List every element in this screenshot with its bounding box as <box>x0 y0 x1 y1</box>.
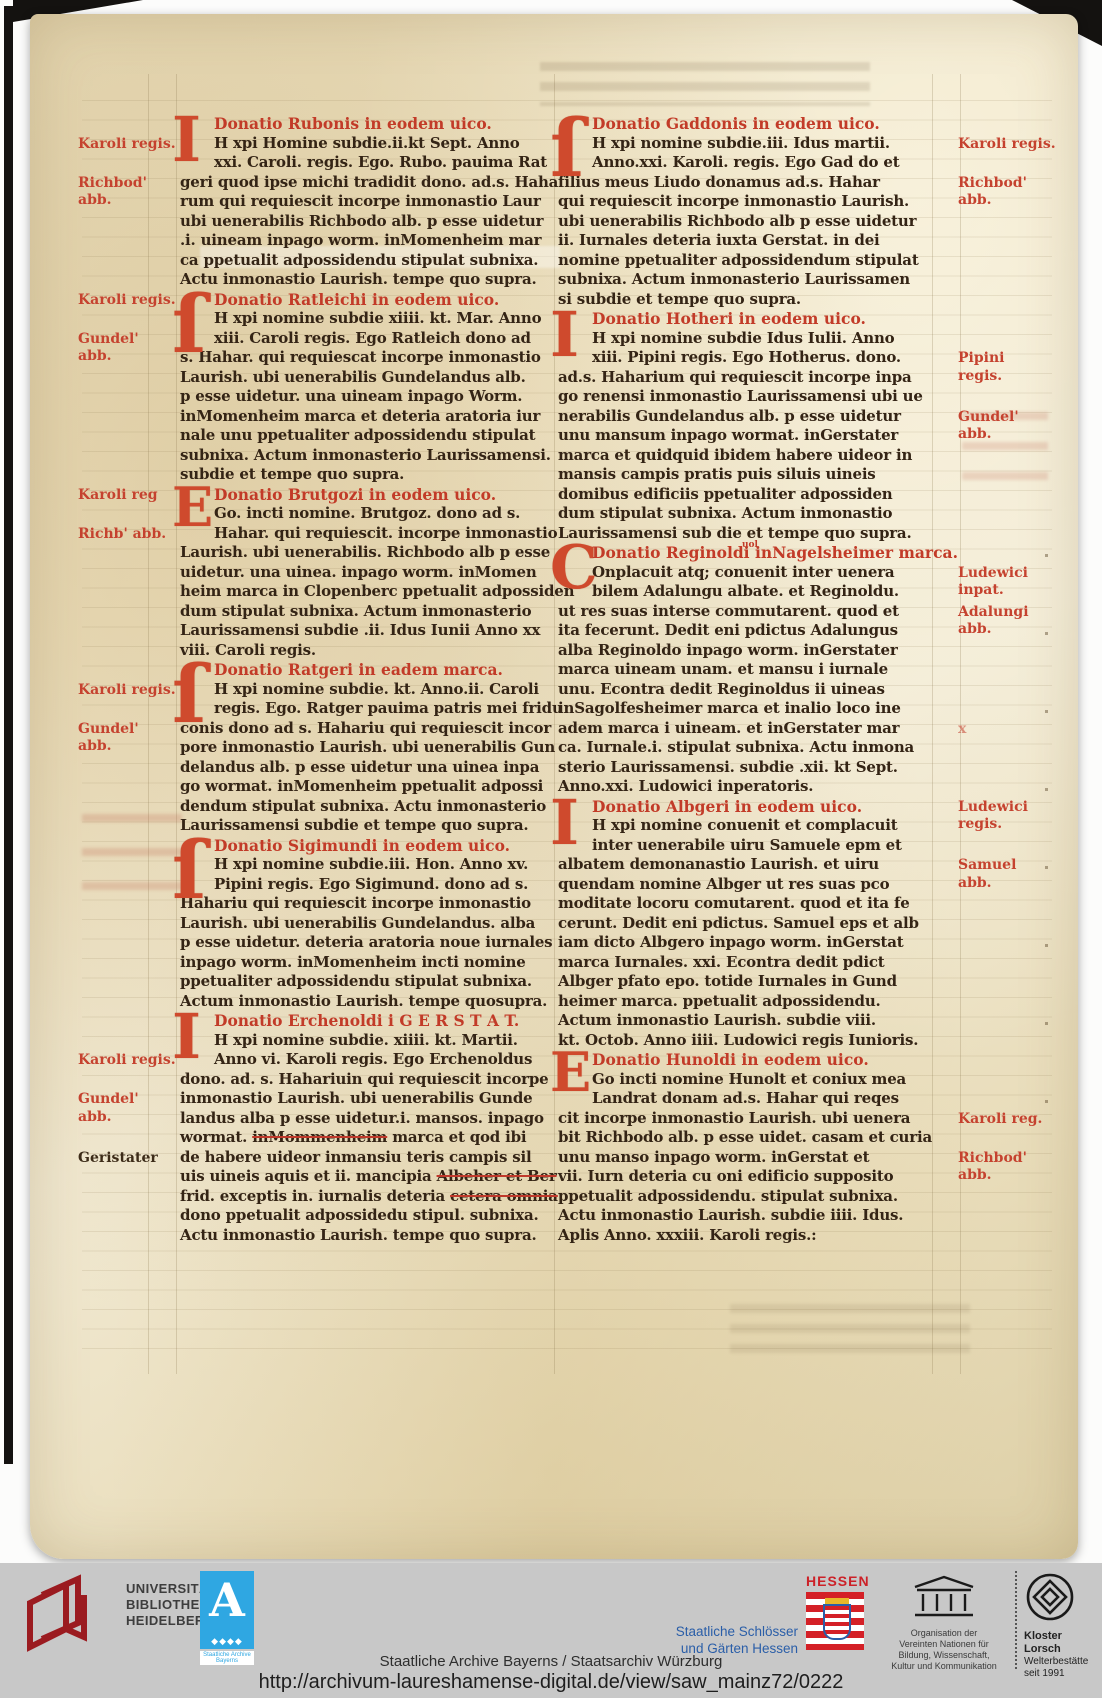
entry-text-line: xiii. Pipini regis. Ego Hotherus. dono. <box>592 348 930 368</box>
bayern-a-icon: A ◆◆◆◆ <box>200 1571 254 1649</box>
entry-text-line: nomine ppetualiter adpossidendum stipula… <box>558 251 930 271</box>
entry-text-line: Anno.xxi. Karoli. regis. Ego Gad do et <box>592 153 930 173</box>
margin-note: Karoli regis. <box>78 682 176 700</box>
entry-text-line: de habere uideor inmansiu teris campis s… <box>180 1148 552 1168</box>
entry-text-line: xxi. Caroli. regis. Ego. Rubo. pauima Ra… <box>214 153 552 173</box>
charter-entry: ſDonatio Ratleichi in eodem uico.H xpi n… <box>180 290 552 485</box>
entry-text-line: kt. Octob. Anno iiii. Ludowici regis Iun… <box>558 1031 930 1051</box>
entry-text-line: Laurissamensi subdie .ii. Idus Iunii Ann… <box>180 621 552 641</box>
entry-text-line: uis uineis aquis et ii. mancipia Albeher… <box>180 1167 552 1187</box>
entry-text-line: delandus alb. p esse uidetur una uinea i… <box>180 758 552 778</box>
entry-heading: Donatio Rubonis in eodem uico. <box>214 114 552 134</box>
unesco-temple-icon <box>911 1575 977 1619</box>
entry-text-line: Actu inmonastio Laurish. tempe quo supra… <box>180 270 552 290</box>
charter-entry: IDonatio Erchenoldi i G E R S T A T.H xp… <box>180 1011 552 1245</box>
margin-note: Richb' abb. <box>78 526 176 544</box>
entry-text-line: inMomenheim marca et deteria aratoria iu… <box>180 407 552 427</box>
margin-note: Richbod' abb. <box>78 175 176 210</box>
margin-note: Ludewici regis. <box>958 799 1070 834</box>
entry-text-line: Anno.xxi. Ludowici inperatoris. <box>558 777 930 797</box>
entry-text-line: inpago worm. inMomenheim incti nomine <box>180 953 552 973</box>
welterbe-emblem-icon <box>1024 1571 1076 1623</box>
margin-note: Richbod' abb. <box>958 175 1070 210</box>
charter-entry: EDonatio Brutgozi in eodem uico.Go. inct… <box>180 485 552 661</box>
entry-text-line: Anno vi. Karoli regis. Ego Erchenoldus <box>214 1050 552 1070</box>
entry-text-line: bit Richbodo alb. p esse uidet. casam et… <box>558 1128 930 1148</box>
entry-text-line: albatem demonanastio Laurish. et uiru <box>558 855 930 875</box>
hessen-caption: Staatliche Schlösser und Gärten Hessen <box>630 1623 798 1657</box>
entry-text-line: .i. uineam inpago worm. inMomenheim mar <box>180 231 552 251</box>
margin-note: Pipini regis. <box>958 350 1070 385</box>
entry-text-line: Laurish. ubi uenerabilis Gundelandus. al… <box>180 914 552 934</box>
charter-entry: CDonatio Reginoldi inNagelsheimer marca.… <box>558 543 930 797</box>
margin-note: Karoli regis. <box>958 136 1070 154</box>
entry-text-line: ita fecerunt. Dedit eni pdictus Adalungu… <box>558 621 930 641</box>
entry-text-line: dono. ad. s. Hahariuin qui requiescit in… <box>180 1070 552 1090</box>
entry-text-line: vii. Iurn deteria cu oni edificio suppos… <box>558 1167 930 1187</box>
charter-entry: ſDonatio Ratgeri in eadem marca.H xpi no… <box>180 660 552 836</box>
entry-text-line: inSagolfesheimer marca et inalio loco in… <box>558 699 930 719</box>
digitized-manuscript-page: IDonatio Rubonis in eodem uico.H xpi Hom… <box>0 0 1102 1698</box>
rubricated-initial: E <box>172 483 213 532</box>
entry-text-line: quendam nomine Albger ut res suas pco <box>558 875 930 895</box>
bayern-lozenges-icon: ◆◆◆◆ <box>200 1636 254 1647</box>
entry-text-line: filius meus Liudo donamus ad.s. Hahar <box>558 173 930 193</box>
entry-text-line: Actu inmonastio Laurish. tempe quo supra… <box>180 1226 552 1246</box>
entry-text-line: marca Iurnales. xxi. Econtra dedit pdict <box>558 953 930 973</box>
rubricated-initial: ſ <box>172 288 206 360</box>
staatliche-archive-bayerns-logo: A ◆◆◆◆ Staatliche Archive Bayerns <box>200 1571 254 1665</box>
archive-credit-line: Staatliche Archive Bayerns / Staatsarchi… <box>0 1653 1102 1670</box>
hessen-flag-icon <box>806 1592 864 1650</box>
entry-text-line: dendum stipulat subnixa. Actu inmonaster… <box>180 797 552 817</box>
entry-text-line: unu. Econtra dedit Reginoldus ii uineas <box>558 680 930 700</box>
entry-text-line: subnixa. Actum inmonasterio Laurissamens… <box>180 446 552 466</box>
margin-note: Karoli reg <box>78 487 176 505</box>
entry-text-line: geri quod ipse michi tradidit dono. ad.s… <box>180 173 552 193</box>
entry-text-line: unu mansum inpago wormat. inGerstater <box>558 426 930 446</box>
entry-text-line: rum qui requiescit incorpe inmonastio La… <box>180 192 552 212</box>
charter-entry: IDonatio Albgeri in eodem uico.H xpi nom… <box>558 797 930 1051</box>
entry-text-line: inmonastio Laurish. ubi uenerabilis Gund… <box>180 1089 552 1109</box>
entry-text-line: sterio Laurissamensi. subdie .xii. kt Se… <box>558 758 930 778</box>
entry-heading: Donatio Brutgozi in eodem uico. <box>214 485 552 505</box>
entry-text-line: Actum inmonastio Laurish. tempe quosupra… <box>180 992 552 1012</box>
rubricated-initial: I <box>550 307 579 363</box>
entry-text-line: unu manso inpago worm. inGerstat et <box>558 1148 930 1168</box>
entry-text-line: cit incorpe inmonastio Laurish. ubi uene… <box>558 1109 930 1129</box>
entry-text-line: dono ppetualit adpossidedu stipul. subni… <box>180 1206 552 1226</box>
rubricated-initial: I <box>172 112 201 168</box>
entry-text-line: ppetualiter adpossidendu stipulat subnix… <box>180 972 552 992</box>
entry-text-line: Go. incti nomine. Brutgoz. dono ad s. <box>214 504 552 524</box>
entry-text-line: wormat. inMommenheim marca et qod ibi <box>180 1128 552 1148</box>
entry-text-line: iam dicto Albgero inpago worm. inGerstat <box>558 933 930 953</box>
entry-heading: Donatio Hotheri in eodem uico. <box>592 309 930 329</box>
entry-text-line: marca uineam unam. et mansu i iurnale <box>558 660 930 680</box>
entry-heading: Donatio Ratleichi in eodem uico. <box>214 290 552 310</box>
entry-text-line: ii. Iurnales deteria iuxta Gerstat. in d… <box>558 231 930 251</box>
entry-text-line: H xpi nomine subdie. xiiii. kt. Martii. <box>214 1031 552 1051</box>
entry-heading: Donatio Sigimundi in eodem uico. <box>214 836 552 856</box>
interlinear-correction: uol <box>742 536 758 556</box>
margin-note: Richbod' abb. <box>958 1150 1070 1185</box>
entry-heading: Donatio Albgeri in eodem uico. <box>592 797 930 817</box>
entry-heading: Donatio Gaddonis in eodem uico. <box>592 114 930 134</box>
entry-text-line: qui requiescit incorpe inmonastio Lauris… <box>558 192 930 212</box>
charter-entry: IDonatio Rubonis in eodem uico.H xpi Hom… <box>180 114 552 290</box>
entry-heading: Donatio Ratgeri in eadem marca. <box>214 660 552 680</box>
rubricated-initial: ſ <box>172 834 206 906</box>
entry-text-line: H xpi nomine subdie Idus Iulii. Anno <box>592 329 930 349</box>
source-url: http://archivum-laureshamense-digital.de… <box>0 1671 1102 1694</box>
entry-text-line: heimer marca. ppetualit adpossidendu. <box>558 992 930 1012</box>
entry-text-line: Hahar. qui requiescit. incorpe inmonasti… <box>214 524 552 544</box>
hessen-title: HESSEN <box>806 1573 864 1589</box>
margin-note: Karoli reg. <box>958 1111 1070 1129</box>
entry-text-line: xiii. Caroli regis. Ego Ratleich dono ad <box>214 329 552 349</box>
entry-text-line: viii. Caroli regis. <box>180 641 552 661</box>
entry-text-line: landus alba p esse uidetur.i. mansos. in… <box>180 1109 552 1129</box>
rubricated-initial: C <box>550 541 598 595</box>
entry-text-line: bilem Adalungu albate. et Reginoldu. <box>592 582 930 602</box>
entry-text-line: ubi uenerabilis Richbodo alb p esse uide… <box>558 212 930 232</box>
charter-entry: ſDonatio Sigimundi in eodem uico.H xpi n… <box>180 836 552 1012</box>
margin-note: Gundel' abb. <box>78 721 176 756</box>
margin-note: Karoli regis. <box>78 1052 176 1070</box>
entry-text-line: frid. exceptis in. iurnalis deteria cete… <box>180 1187 552 1207</box>
entry-text-line: alba Reginoldo inpago worm. inGerstater <box>558 641 930 661</box>
entry-text-line: subdie et tempe quo supra. <box>180 465 552 485</box>
parchment-page: IDonatio Rubonis in eodem uico.H xpi Hom… <box>30 14 1078 1559</box>
rubricated-initial: I <box>172 1009 201 1065</box>
photo-edge-left <box>4 6 13 1464</box>
entry-text-line: s. Hahar. qui requiescat incorpe inmonas… <box>180 348 552 368</box>
charter-entry: IDonatio Hotheri in eodem uico.H xpi nom… <box>558 309 930 543</box>
margin-note: Gundel' abb. <box>78 331 176 366</box>
entry-text-line: Actum inmonastio Laurish. subdie viii. <box>558 1011 930 1031</box>
entry-text-line: Laurissamensi subdie et tempe quo supra. <box>180 816 552 836</box>
entry-text-line: moditate locoru comutarent. quod et ita … <box>558 894 930 914</box>
margin-note: Ludewici inpat. <box>958 565 1070 600</box>
entry-text-line: mansis campis pratis puis siluis uineis <box>558 465 930 485</box>
entry-text-line: ca ppetualit adpossidendu stipulat subni… <box>180 251 552 271</box>
entry-text-line: Laurish. ubi uenerabilis. Richbodo alb p… <box>180 543 552 563</box>
entry-text-line: ad.s. Haharium qui requiescit incorpe in… <box>558 368 930 388</box>
entry-text-line: ppetualit adpossidendu. stipulat subnixa… <box>558 1187 930 1207</box>
entry-text-line: ubi uenerabilis Richbodo alb. p esse uid… <box>180 212 552 232</box>
right-text-column: ſDonatio Gaddonis in eodem uico.H xpi no… <box>558 114 930 1245</box>
rubricated-initial: I <box>550 795 579 851</box>
entry-text-line: Actu inmonastio Laurish. subdie iiii. Id… <box>558 1206 930 1226</box>
entry-text-line: dum stipulat subnixa. Actum inmonastio <box>558 504 930 524</box>
rubricated-initial: ſ <box>172 658 206 730</box>
entry-text-line: Landrat donam ad.s. Hahar qui reqes <box>592 1089 930 1109</box>
entry-text-line: subnixa. Actum inmonasterio Laurissamen <box>558 270 930 290</box>
entry-text-line: Onplacuit atq; conuenit inter uenera <box>592 563 930 583</box>
entry-text-line: H xpi Homine subdie.ii.kt Sept. Anno <box>214 134 552 154</box>
unesco-caption-line: Organisation der <box>878 1628 1010 1639</box>
entry-text-line: marca et quidquid ibidem habere uideor i… <box>558 446 930 466</box>
entry-text-line: Pipini regis. Ego Sigimund. dono ad s. <box>214 875 552 895</box>
entry-text-line: domibus edificiis ppetualiter adpossiden <box>558 485 930 505</box>
ub-heidelberg-logo-icon <box>22 1573 114 1659</box>
entry-text-line: go wormat. inMomenheim ppetualit adpossi <box>180 777 552 797</box>
entry-text-line: H xpi nomine subdie.iii. Hon. Anno xv. <box>214 855 552 875</box>
entry-text-line: Aplis Anno. xxxiii. Karoli regis.: <box>558 1226 930 1246</box>
entry-text-line: Laurish. ubi uenerabilis Gundelandus alb… <box>180 368 552 388</box>
entry-text-line: H xpi nomine subdie.iii. Idus martii. <box>592 134 930 154</box>
margin-note: Samuel abb. <box>958 857 1070 892</box>
entry-text-line: heim marca in Clopenberc ppetualit adpos… <box>180 582 552 602</box>
entry-text-line: si subdie et tempe quo supra. <box>558 290 930 310</box>
charter-entry: EDonatio Hunoldi in eodem uico.Go incti … <box>558 1050 930 1245</box>
entry-text-line: H xpi nomine conuenit et complacuit <box>592 816 930 836</box>
entry-text-line: uidetur. una uinea. inpago worm. inMomen <box>180 563 552 583</box>
entry-heading: Donatio Hunoldi in eodem uico. <box>592 1050 930 1070</box>
entry-text-line: dum stipulat subnixa. Actum inmonasterio <box>180 602 552 622</box>
rubricated-initial: ſ <box>550 112 584 184</box>
hessen-caption-line: Staatliche Schlösser <box>630 1623 798 1640</box>
entry-text-line: Albger pfato epo. totide Iurnales in Gun… <box>558 972 930 992</box>
charter-entry: ſDonatio Gaddonis in eodem uico.H xpi no… <box>558 114 930 309</box>
margin-note: Gundel' abb. <box>78 1091 176 1126</box>
entry-text-line: inter uenerabile uiru Samuele epm et <box>592 836 930 856</box>
margin-note: Karoli regis. <box>78 136 176 154</box>
entry-text-line: Go incti nomine Hunolt et coniux mea <box>592 1070 930 1090</box>
entry-text-line: nerabilis Gundelandus alb. p esse uidetu… <box>558 407 930 427</box>
margin-note: x <box>958 721 1070 739</box>
margin-note: Gundel' abb. <box>958 409 1070 444</box>
entry-text-line: conis dono ad s. Hahariu qui requiescit … <box>180 719 552 739</box>
entry-text-line: H xpi nomine subdie xiiii. kt. Mar. Anno <box>214 309 552 329</box>
entry-heading: Donatio Erchenoldi i G E R S T A T. <box>214 1011 552 1031</box>
rubricated-initial: E <box>550 1048 591 1097</box>
entry-text-line: ut res suas interse commutarent. quod et <box>558 602 930 622</box>
unesco-caption-line: Vereinten Nationen für <box>878 1639 1010 1650</box>
entry-text-line: regis. Ego. Ratger pauima patris mei fri… <box>214 699 552 719</box>
entry-text-line: cerunt. Dedit eni pdictus. Samuel eps et… <box>558 914 930 934</box>
entry-text-line: pore inmonastio Laurish. ubi uenerabilis… <box>180 738 552 758</box>
margin-note: Karoli regis. <box>78 292 176 310</box>
hessen-shield-icon <box>823 1604 851 1640</box>
entry-text-line: adem marca i uineam. et inGerstater mar <box>558 719 930 739</box>
entry-text-line: H xpi nomine subdie. kt. Anno.ii. Caroli <box>214 680 552 700</box>
footer-logo-bar: UNIVERSITÄTS- BIBLIOTHEK HEIDELBERG A ◆◆… <box>0 1563 1102 1698</box>
bayern-letter: A <box>200 1571 254 1629</box>
margin-note: Adalungi abb. <box>958 604 1070 639</box>
margin-note: Geristater <box>78 1150 176 1168</box>
entry-text-line: p esse uidetur. deteria aratoria noue iu… <box>180 933 552 953</box>
kloster-lorsch-name: Kloster Lorsch <box>1024 1630 1062 1655</box>
entry-text-line: nale unu ppetualiter adpossidendu stipul… <box>180 426 552 446</box>
entry-heading: Donatio Reginoldi inNagelsheimer marca.u… <box>592 543 930 563</box>
entry-text-line: go renensi inmonastio Laurissamensi ubi … <box>558 387 930 407</box>
vertical-rule <box>932 74 933 1374</box>
left-text-column: IDonatio Rubonis in eodem uico.H xpi Hom… <box>180 114 552 1245</box>
entry-text-line: Hahariu qui requiescit incorpe inmonasti… <box>180 894 552 914</box>
entry-text-line: ca. Iurnale.i. stipulat subnixa. Actu in… <box>558 738 930 758</box>
entry-text-line: p esse uidetur. una uineam inpago Worm. <box>180 387 552 407</box>
